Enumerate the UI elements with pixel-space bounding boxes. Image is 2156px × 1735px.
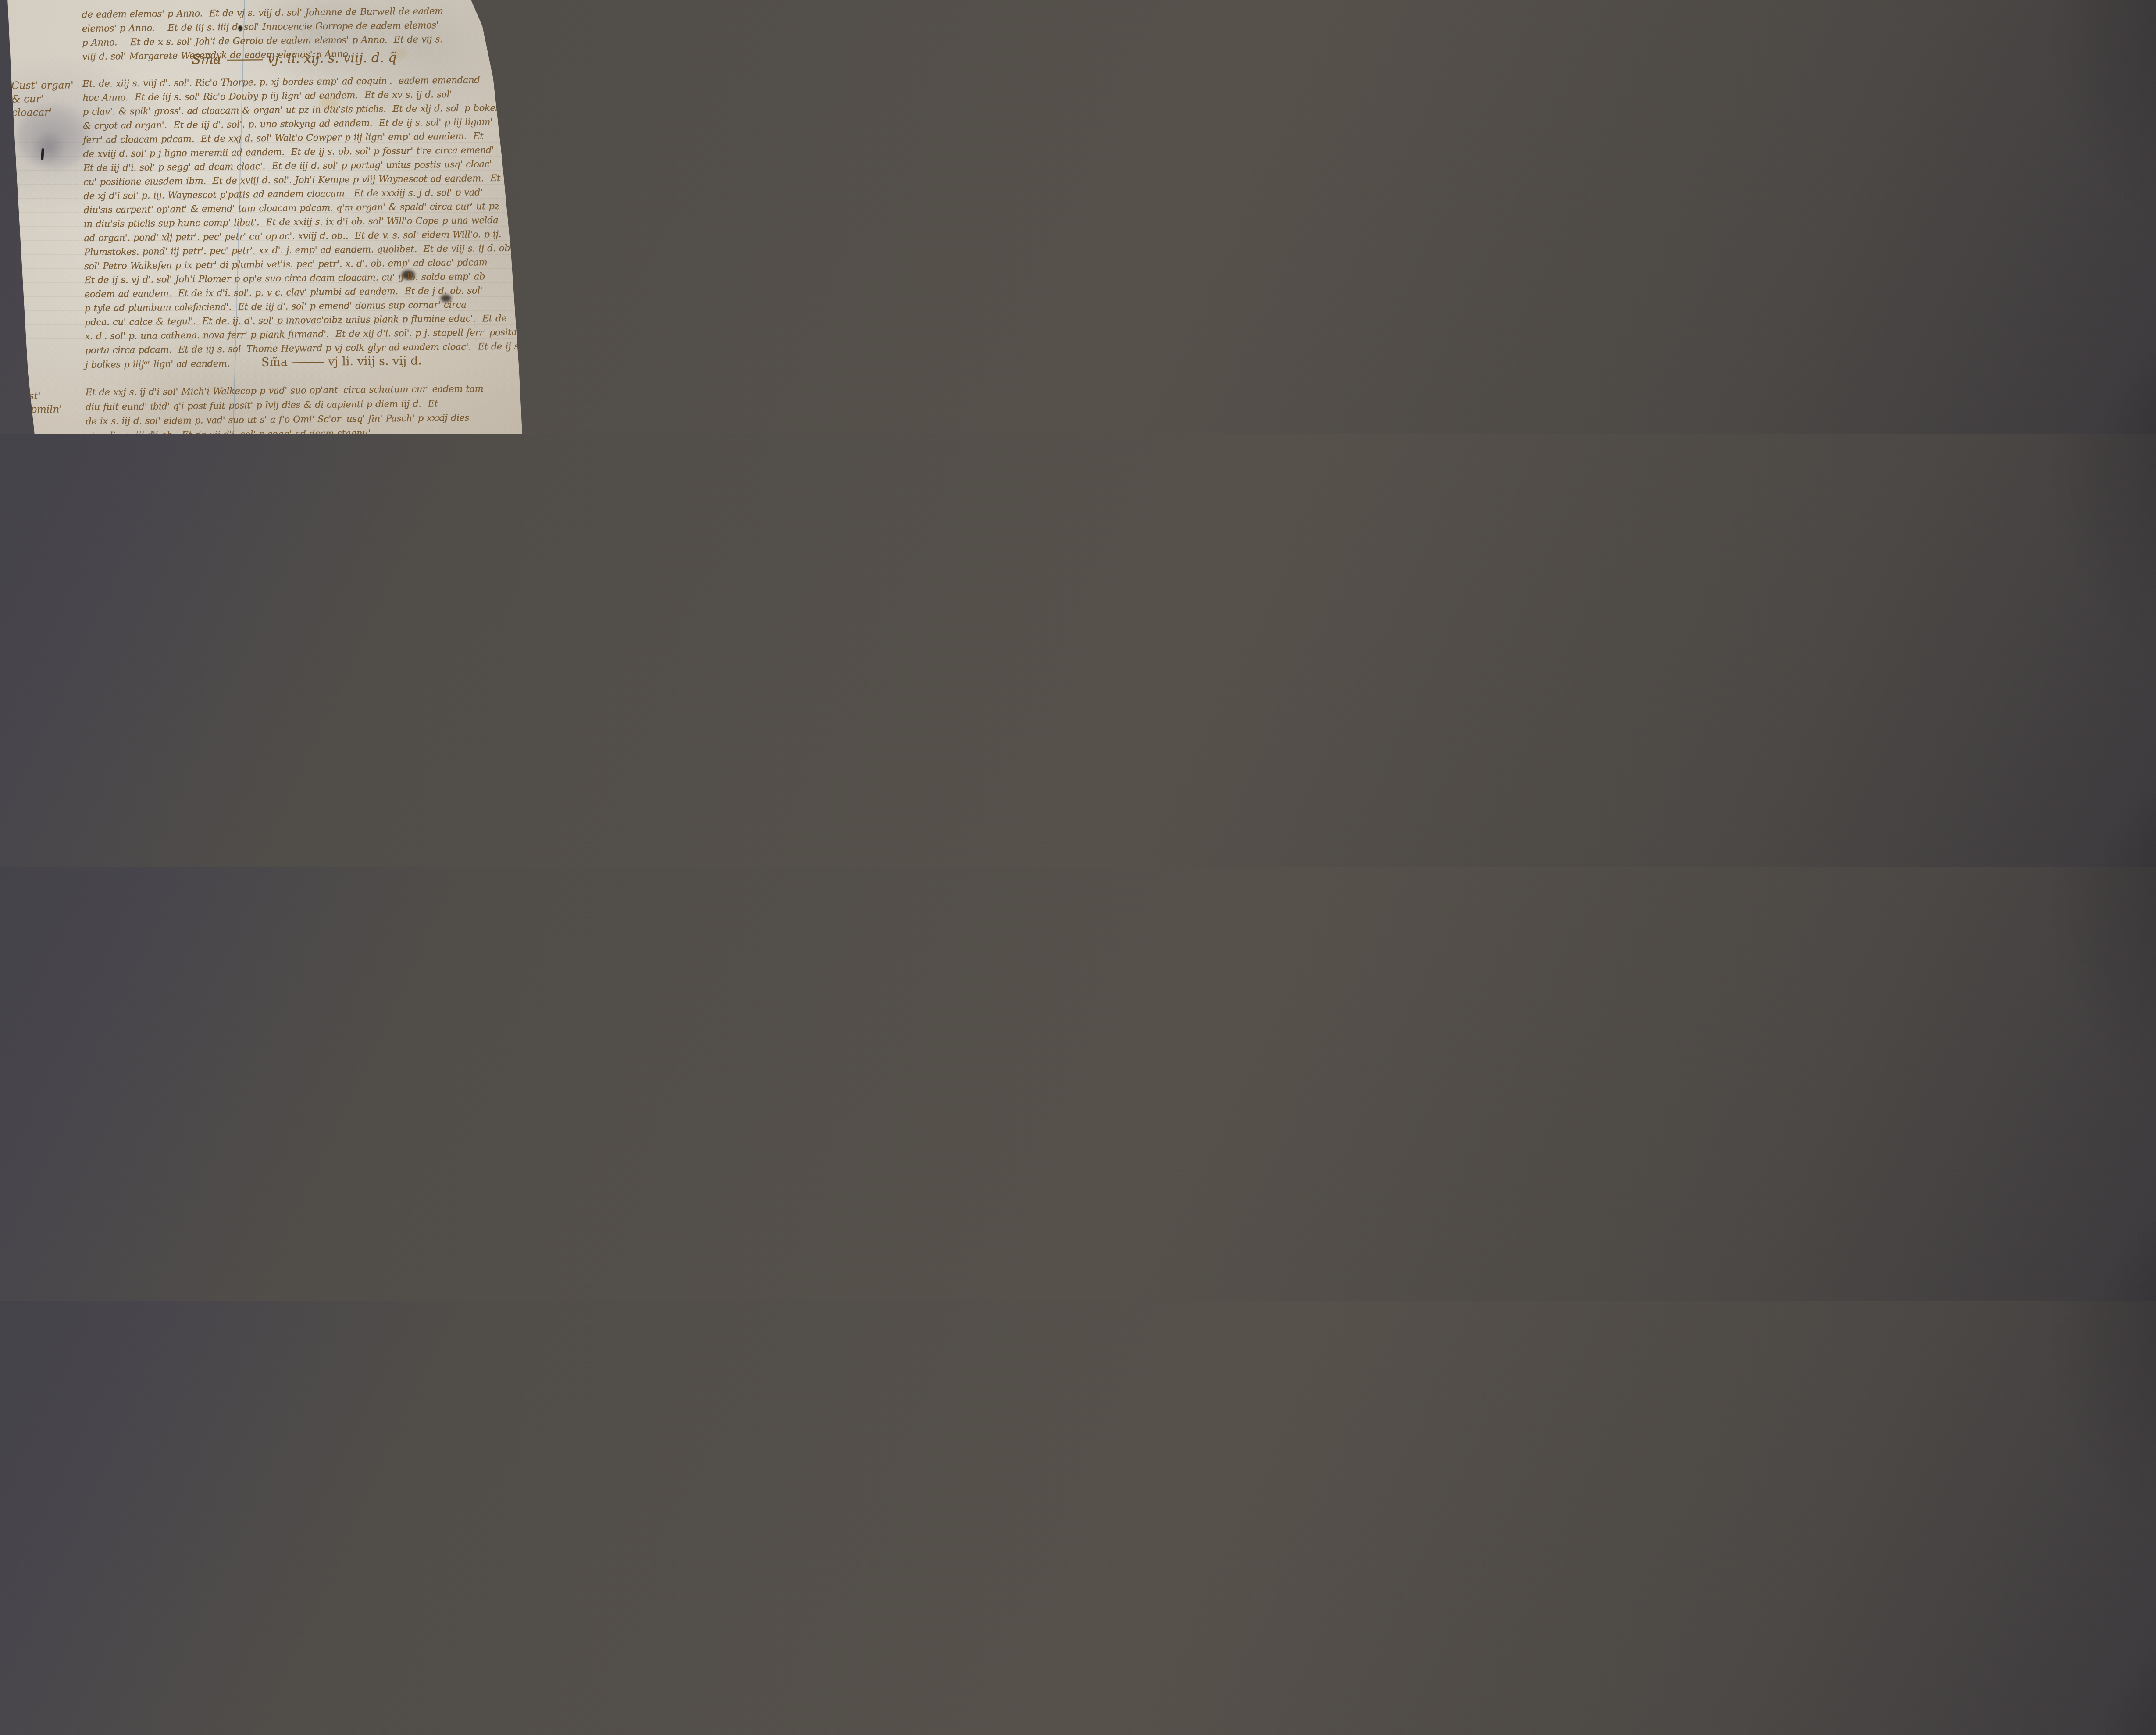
- margin-heading-line: Cust' Scipmiln': [14, 389, 85, 417]
- parchment-sheet: de eadem elemos' p Anno. Et de vj s. vii…: [0, 0, 539, 434]
- margin-heading-scipmiln: Cust' Scipmiln': [14, 389, 85, 417]
- margin-heading-line: Cust' organ': [11, 78, 82, 93]
- summa-dash: ———: [226, 51, 262, 67]
- summa-label: Sm̃a: [261, 355, 288, 369]
- handwritten-text-layer: de eadem elemos' p Anno. Et de vj s. vii…: [0, 0, 539, 434]
- cloaca-last-line: j bolkes p iiijᵒʳ lign' ad eandem. Sm̃a—…: [85, 354, 422, 372]
- margin-heading-cloaca: Cust' organ' & cur' cloacar': [11, 78, 82, 120]
- summa-line-cloaca: Sm̃a———vj li. viij s. vij d.: [261, 354, 422, 370]
- scipmiln-paragraph: Et de xxj s. ij d'i sol' Mich'i Walkecop…: [86, 381, 484, 434]
- summa-amount: vj li. viij s. vij d.: [328, 354, 422, 369]
- summa-dash: ———: [292, 355, 324, 369]
- manuscript-photo: de eadem elemos' p Anno. Et de vj s. vii…: [0, 0, 539, 434]
- summa-line-alms: Sm̃a———vj. li. xij. s. viij. d. q̃: [192, 50, 396, 67]
- text-line: j bolkes p iiijᵒʳ lign' ad eandem.: [85, 356, 230, 372]
- summa-label: Sm̃a: [192, 52, 221, 68]
- margin-heading-line: & cur' cloacar': [11, 92, 82, 120]
- summa-amount: vj. li. xij. s. viij. d. q̃: [267, 50, 396, 67]
- cloaca-paragraph: Et. de. xiij s. viij d'. sol'. Ric'o Tho…: [82, 72, 539, 357]
